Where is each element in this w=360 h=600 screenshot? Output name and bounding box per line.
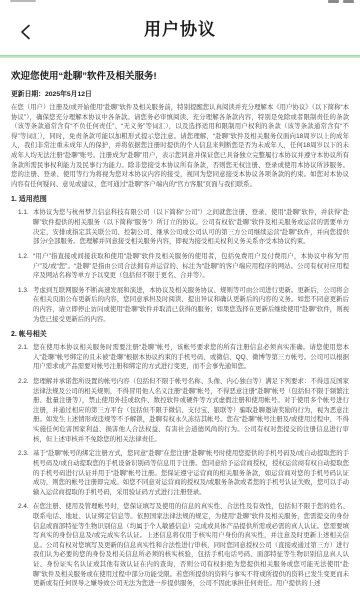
battery-icon xyxy=(343,0,354,3)
clause-item: 2.4.在您注册、使用及管理帐号时，您保证填写及使用的信息的真实性、合法性及有效… xyxy=(18,502,349,588)
page-title: 用户协议 xyxy=(144,15,216,40)
clause-number: 1.3. xyxy=(18,286,33,324)
clause-item: 2.3.基于“赴聊”帐号的绑定注册方式，您同意“赴聊”在您注册“赴聊”帐号时使用… xyxy=(18,449,349,497)
agreement-scroll-area[interactable]: 欢迎您使用“赴聊”软件及相关服务! 更新日期：2025年5月12日 在您（用户）… xyxy=(0,58,360,589)
back-button[interactable] xyxy=(12,18,40,46)
sections-container: 1. 适用范围1.1.本协议为您与杭州梦言信息科技有限公司（以下简称“公司”）之… xyxy=(11,194,349,588)
status-bar-icons-remnant xyxy=(328,0,354,3)
clause-number: 2.1. xyxy=(18,343,33,372)
user-agreement-screen: 用户协议 欢迎您使用“赴聊”软件及相关服务! 更新日期：2025年5月12日 在… xyxy=(0,0,360,600)
clause-item: 1.3.考虑到互联网服务不断高速发展和演进，本协议及相关服务协议、规则等可由公司… xyxy=(18,286,349,324)
clause-text: 您在使用本协议相关服务时需要注册“赴聊”帐号，该帐号要求您的所有注册信息必须真实… xyxy=(33,343,349,372)
clause-number: 2.2. xyxy=(18,377,33,444)
section-heading: 1. 适用范围 xyxy=(11,194,349,204)
clause-text: “用户”指直接或间接获取和使用“赴聊”软件及相关服务的使用者，包括免费用户及付费… xyxy=(33,252,349,281)
clause-text: 基于“赴聊”帐号的绑定注册方式，您同意“赴聊”在您注册“赴聊”帐号时使用您提供的… xyxy=(33,449,349,497)
section-heading: 2. 帐号相关 xyxy=(11,329,349,339)
clause-item: 2.2.您理解并承诺您所设置的帐号内容（包括但不限于帐号名称、头像、内心独白等）… xyxy=(18,377,349,444)
nav-bar: 用户协议 xyxy=(0,0,360,55)
clause-text: 考虑到互联网服务不断高速发展和演进，本协议及相关服务协议、规则等可由公司进行更新… xyxy=(33,286,349,324)
clause-item: 1.1.本协议为您与杭州梦言信息科技有限公司（以下简称“公司”）之间就您注册、登… xyxy=(18,208,349,246)
clause-item: 1.2.“用户”指直接或间接获取和使用“赴聊”软件及相关服务的使用者，包括免费用… xyxy=(18,252,349,281)
clause-number: 2.4. xyxy=(18,502,33,588)
update-date: 更新日期：2025年5月12日 xyxy=(11,88,349,98)
clause-item: 2.1.您在使用本协议相关服务时需要注册“赴聊”帐号，该帐号要求您的所有注册信息… xyxy=(18,343,349,372)
clause-text: 您理解并承诺您所设置的帐号内容（包括但不限于帐号名称、头像、内心独白等）满足下列… xyxy=(33,377,349,444)
status-bar xyxy=(0,0,360,4)
clause-number: 2.3. xyxy=(18,449,33,497)
status-bar-time-remnant xyxy=(10,0,36,2)
signal-icon xyxy=(328,0,339,3)
intro-paragraph: 在您（用户）注册及/或开始使用“赴聊”软件及相关服务前，特别提醒您认真阅读并充分… xyxy=(11,103,349,189)
welcome-heading: 欢迎您使用“赴聊”软件及相关服务! xyxy=(11,68,349,82)
clause-number: 1.2. xyxy=(18,252,33,281)
clause-number: 1.1. xyxy=(18,208,33,246)
chevron-left-icon xyxy=(17,23,35,41)
clause-text: 在您注册、使用及管理帐号时，您保证填写及使用的信息的真实性、合法性及有效性，包括… xyxy=(33,502,349,588)
clause-text: 本协议为您与杭州梦言信息科技有限公司（以下简称“公司”）之间就您注册、登录、使用… xyxy=(33,208,349,246)
